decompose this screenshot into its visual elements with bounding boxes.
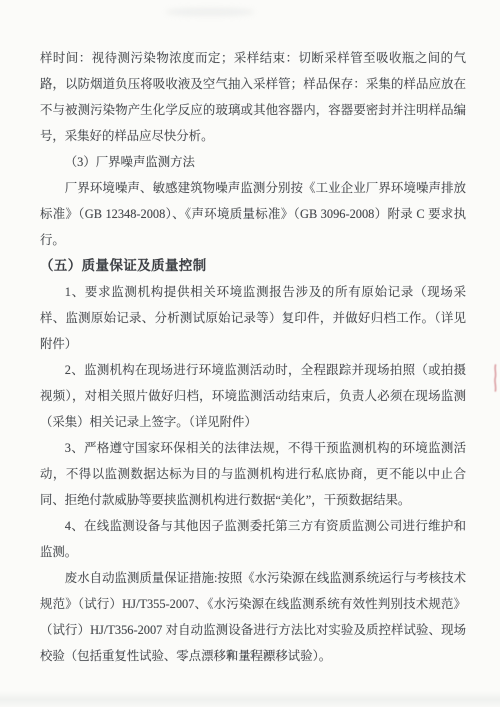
scan-artifact-top [165, 8, 255, 16]
scanned-document-page: 样时间：视待测污染物浓度而定；采样结束：切断采样管至吸收瓶之间的气路，以防烟道负… [0, 0, 500, 707]
scan-artifact-bottom [0, 691, 500, 707]
para-item-2-site-tracking: 2、监测机构在现场进行环境监测活动时，全程跟踪并现场拍照（或拍摄视频），对相关照… [40, 357, 466, 435]
para-noise-standards: 厂界环境噪声、敏感建筑物噪声监测分别按《工业企业厂界环境噪声排放标准》（GB 1… [40, 175, 466, 253]
para-item-3-legal-compliance: 3、严格遵守国家环保相关的法律法规，不得干预监测机构的环境监测活动，不得以监测数… [40, 435, 466, 513]
page-number: 第 13 页 [0, 647, 500, 661]
para-noise-monitoring-method-title: （3）厂界噪声监测方法 [40, 149, 466, 175]
para-item-4-third-party-maintenance: 4、在线监测设备与其他因子监测委托第三方有资质监测公司进行维护和监测。 [40, 513, 466, 565]
para-sampling-procedure-continuation: 样时间：视待测污染物浓度而定；采样结束：切断采样管至吸收瓶之间的气路，以防烟道负… [40, 45, 466, 149]
heading-quality-assurance: （五）质量保证及质量控制 [40, 253, 466, 279]
para-item-1-original-records: 1、要求监测机构提供相关环境监测报告涉及的所有原始记录（现场采样、监测原始记录、… [40, 279, 466, 357]
red-ink-mark [492, 364, 498, 392]
document-body: 样时间：视待测污染物浓度而定；采样结束：切断采样管至吸收瓶之间的气路，以防烟道负… [40, 45, 466, 669]
